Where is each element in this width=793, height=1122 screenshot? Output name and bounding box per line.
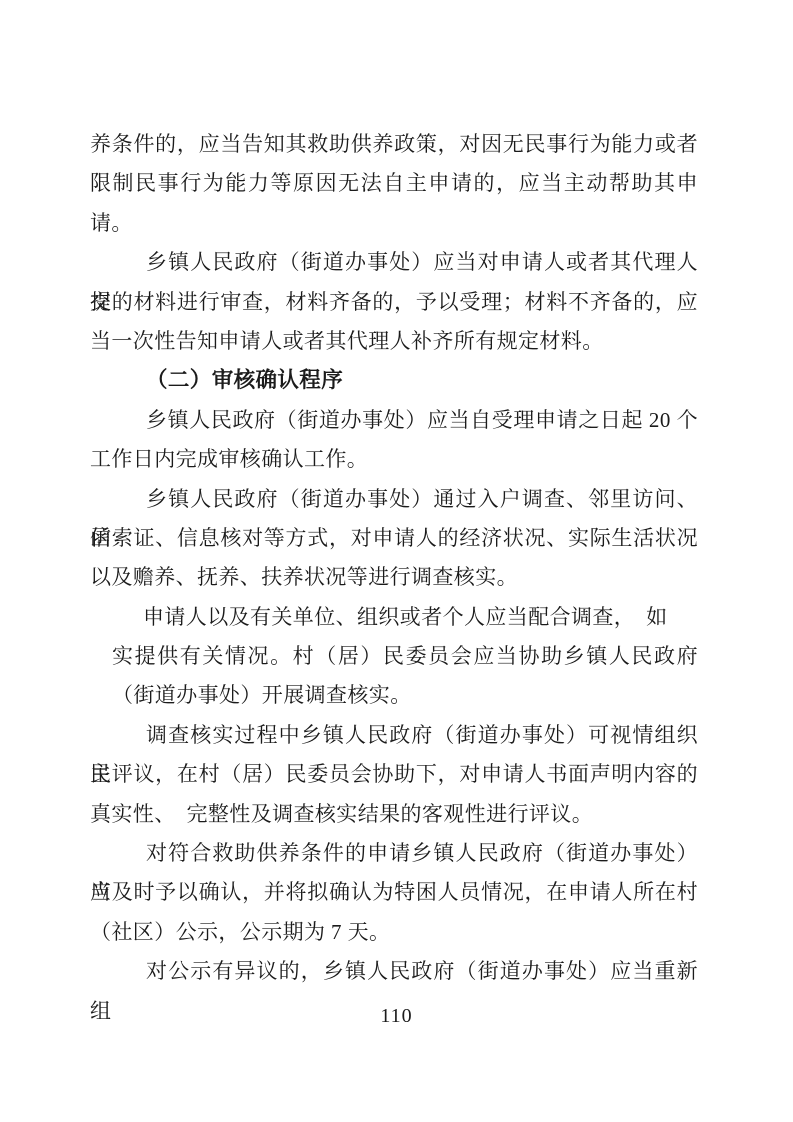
document-page: 养条件的，应当告知其救助供养政策，对因无民事行为能力或者 限制民事行为能力等原因… bbox=[0, 0, 793, 1122]
text-line: 实提供有关情况。村（居）民委员会应当协助乡镇人民政府 bbox=[90, 637, 698, 676]
text-line: 真实性、 完整性及调查核实结果的客观性进行评议。 bbox=[90, 795, 698, 834]
text-line: 交的材料进行审查，材料齐备的，予以受理；材料不齐备的，应 bbox=[90, 283, 698, 322]
text-line: 乡镇人民政府（街道办事处）应当对申请人或者其代理人提 bbox=[90, 243, 698, 282]
text-line: 当一次性告知申请人或者其代理人补齐所有规定材料。 bbox=[90, 322, 698, 361]
page-number: 110 bbox=[0, 1001, 793, 1031]
text-line: 乡镇人民政府（街道办事处）应当自受理申请之日起 20 个 bbox=[90, 401, 698, 440]
text-line: 申请人以及有关单位、组织或者个人应当配合调查， 如 bbox=[90, 598, 698, 637]
text-line: 乡镇人民政府（街道办事处）通过入户调查、邻里访问、信 bbox=[90, 480, 698, 519]
text-line: 函索证、信息核对等方式，对申请人的经济状况、实际生活状况 bbox=[90, 519, 698, 558]
text-line: 当及时予以确认，并将拟确认为特困人员情况，在申请人所在村 bbox=[90, 873, 698, 912]
body-text: 养条件的，应当告知其救助供养政策，对因无民事行为能力或者 限制民事行为能力等原因… bbox=[90, 125, 698, 992]
text-line: 主评议，在村（居）民委员会协助下，对申请人书面声明内容的 bbox=[90, 755, 698, 794]
text-line: （社区）公示，公示期为 7 天。 bbox=[90, 913, 698, 952]
text-line: （街道办事处）开展调查核实。 bbox=[90, 676, 698, 715]
text-line: 以及赡养、抚养、扶养状况等进行调查核实。 bbox=[90, 558, 698, 597]
text-line: 限制民事行为能力等原因无法自主申请的，应当主动帮助其申 bbox=[90, 164, 698, 203]
text-line: 调查核实过程中乡镇人民政府（街道办事处）可视情组织民 bbox=[90, 716, 698, 755]
text-line: 请。 bbox=[90, 204, 698, 243]
section-heading: （二）审核确认程序 bbox=[90, 361, 698, 400]
text-line: 工作日内完成审核确认工作。 bbox=[90, 440, 698, 479]
text-line: 对公示有异议的，乡镇人民政府（街道办事处）应当重新组 bbox=[90, 952, 698, 991]
text-line: 对符合救助供养条件的申请乡镇人民政府（街道办事处）应 bbox=[90, 834, 698, 873]
text-line: 养条件的，应当告知其救助供养政策，对因无民事行为能力或者 bbox=[90, 125, 698, 164]
